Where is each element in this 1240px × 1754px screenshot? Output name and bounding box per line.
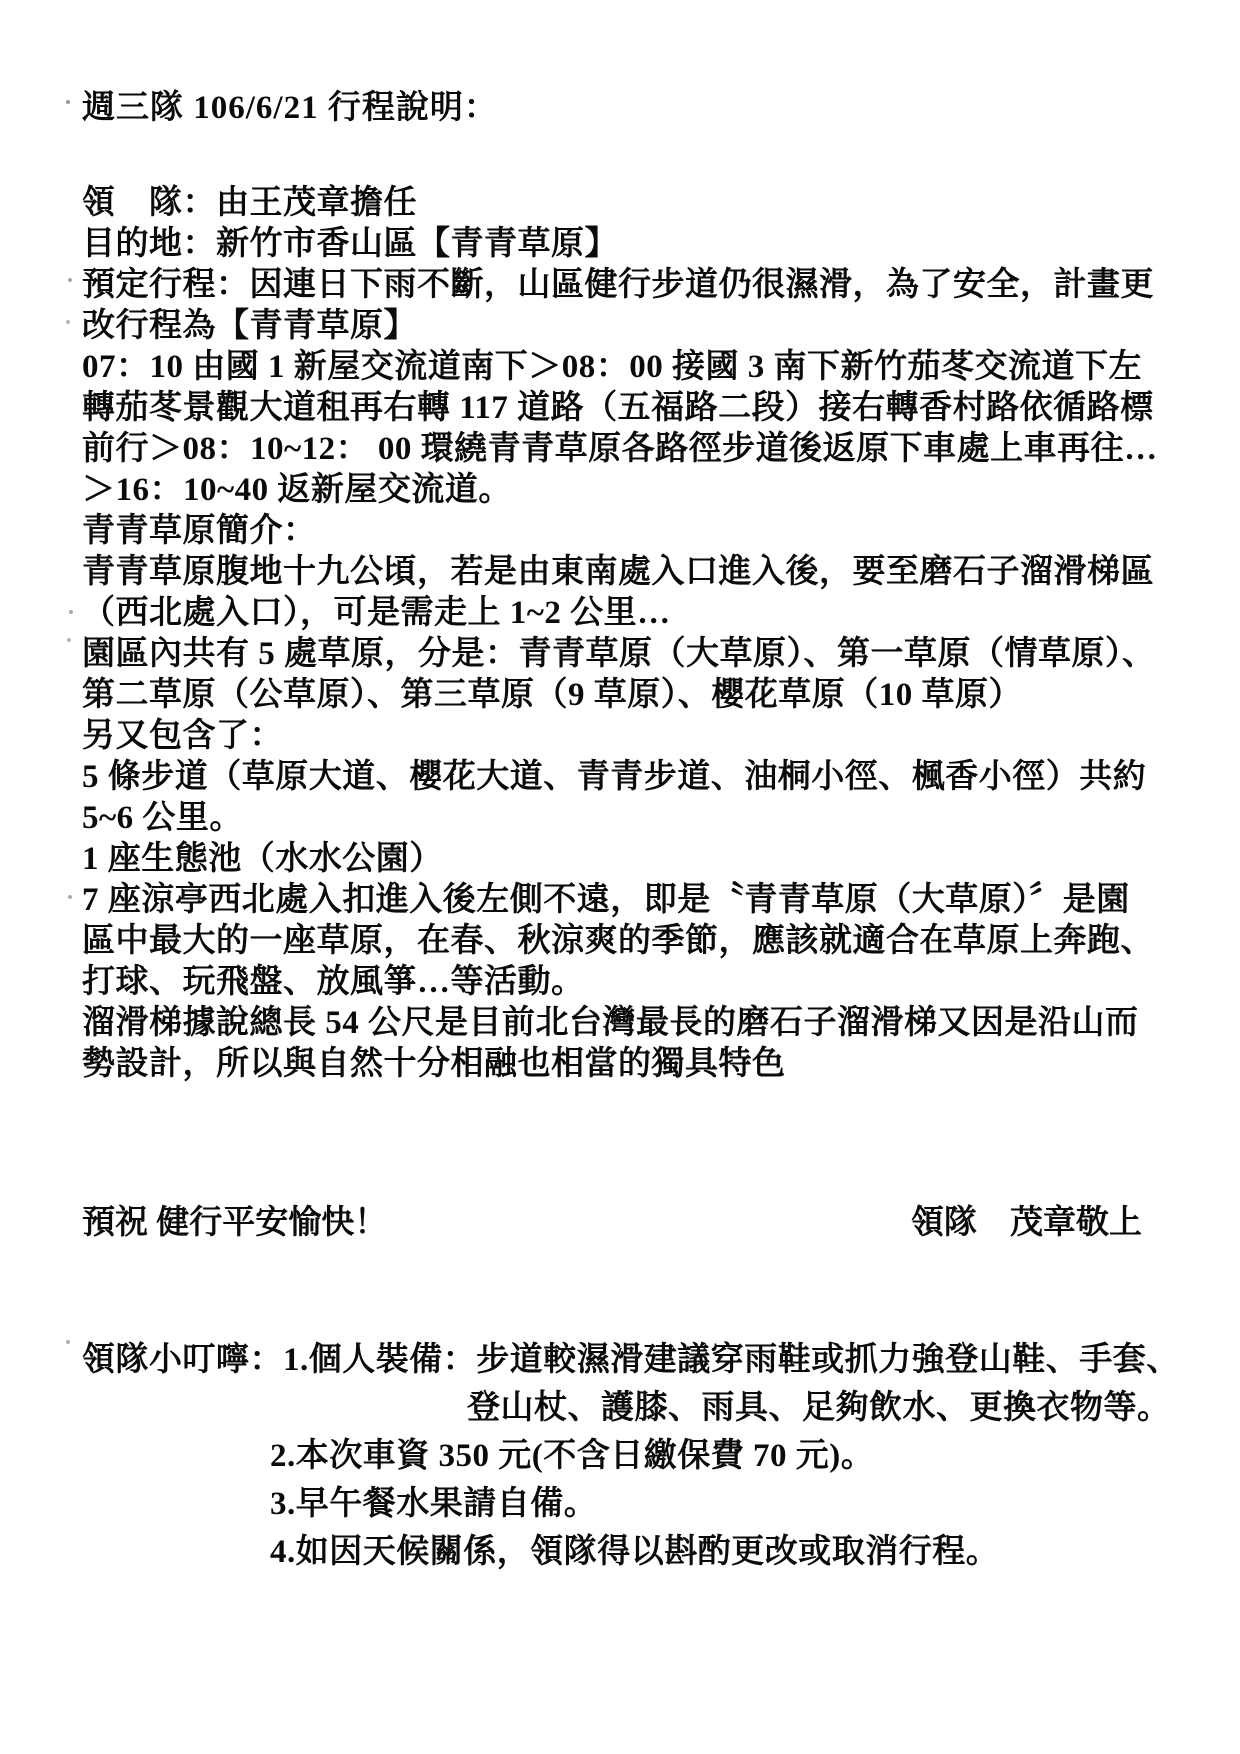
intro-line-1: 青青草原腹地十九公頃，若是由東南處入口進入後，要至磨石子溜滑梯區 — [82, 552, 1180, 593]
pavilion-line-1: 7 座涼亭西北處入扣進入後左側不遠，即是〝青青草原（大草原）〞是園 — [82, 880, 1180, 921]
itinerary-line-2: 轉茄苳景觀大道租再右轉 117 道路（五福路二段）接右轉香村路依循路標 — [82, 388, 1180, 429]
plan-line-cont: 改行程為【青青草原】 — [82, 306, 1180, 347]
itinerary-line-3: 前行＞08：10~12： 00 環繞青青草原各路徑步道後返原下車處上車再往… — [82, 429, 1180, 470]
slide-line-1: 溜滑梯據說總長 54 公尺是目前北台灣最長的磨石子溜滑梯又因是沿山而 — [82, 1003, 1180, 1044]
closing-row: 預祝 健行平安愉快！ 領隊 茂章敬上 — [82, 1203, 1180, 1244]
intro-line-2: （西北處入口），可是需走上 1~2 公里… — [82, 593, 1180, 634]
scanned-document-page: 週三隊 106/6/21 行程說明： 領 隊：由王茂章擔任 目的地：新竹市香山區… — [0, 0, 1240, 1754]
meadows-line-2: 第二草原（公草原）、第三草原（9 草原）、櫻花草原（10 草原） — [82, 675, 1180, 716]
includes-heading: 另又包含了： — [82, 716, 1180, 757]
reminder-line-2: 2.本次車資 350 元(不含日繳保費 70 元)。 — [82, 1432, 1180, 1480]
reminder-line-3: 3.早午餐水果請自備。 — [82, 1480, 1180, 1528]
trails-line-2: 5~6 公里。 — [82, 798, 1180, 839]
itinerary-line-1: 07：10 由國 1 新屋交流道南下＞08：00 接國 3 南下新竹茄苳交流道下… — [82, 347, 1180, 388]
scan-artifact-specks — [66, 100, 70, 104]
trails-line-1: 5 條步道（草原大道、櫻花大道、青青步道、油桐小徑、楓香小徑）共約 — [82, 757, 1180, 798]
itinerary-line-4: ＞16：10~40 返新屋交流道。 — [82, 470, 1180, 511]
slide-line-2: 勢設計，所以與自然十分相融也相當的獨具特色 — [82, 1044, 1180, 1085]
pavilion-line-2: 區中最大的一座草原，在春、秋涼爽的季節，應該就適合在草原上奔跑、 — [82, 921, 1180, 962]
reminder-line-1-cont: 登山杖、護膝、雨具、足夠飲水、更換衣物等。 — [82, 1384, 1180, 1432]
reminder-line-4: 4.如因天候關係，領隊得以斟酌更改或取消行程。 — [82, 1528, 1180, 1576]
closing-signature: 領隊 茂章敬上 — [911, 1203, 1142, 1244]
reminder-line-1: 領隊小叮嚀：1.個人裝備：步道較濕滑建議穿雨鞋或抓力強登山鞋、手套、 — [82, 1336, 1180, 1384]
intro-heading: 青青草原簡介： — [82, 511, 1180, 552]
leader-reminders: 領隊小叮嚀：1.個人裝備：步道較濕滑建議穿雨鞋或抓力強登山鞋、手套、 登山杖、護… — [82, 1336, 1180, 1576]
plan-line: 預定行程：因連日下雨不斷，山區健行步道仍很濕滑，為了安全，計畫更 — [82, 265, 1180, 306]
pond-line: 1 座生態池（水水公園） — [82, 839, 1180, 880]
destination-line: 目的地：新竹市香山區【青青草原】 — [82, 224, 1180, 265]
closing-wish: 預祝 健行平安愉快！ — [82, 1203, 387, 1244]
document-title: 週三隊 106/6/21 行程說明： — [82, 88, 1180, 129]
meadows-line-1: 園區內共有 5 處草原，分是：青青草原（大草原）、第一草原（情草原）、 — [82, 634, 1180, 675]
document-body: 領 隊：由王茂章擔任 目的地：新竹市香山區【青青草原】 預定行程：因連日下雨不斷… — [82, 183, 1180, 1085]
pavilion-line-3: 打球、玩飛盤、放風箏…等活動。 — [82, 962, 1180, 1003]
leader-line: 領 隊：由王茂章擔任 — [82, 183, 1180, 224]
